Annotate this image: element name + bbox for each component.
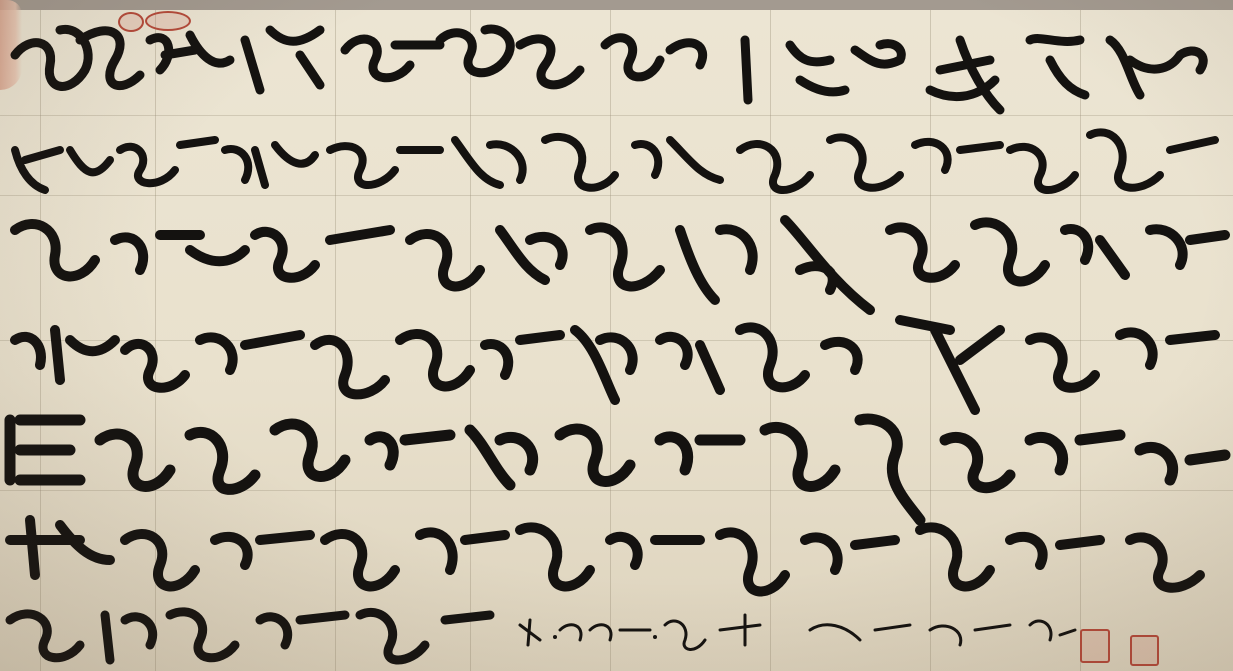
calligraphy-ink	[0, 0, 1233, 671]
top-left-round-seal	[118, 12, 144, 32]
top-left-oval-seal	[145, 11, 191, 31]
bottom-right-square-seal-2	[1130, 635, 1159, 666]
bottom-right-square-seal-1	[1080, 629, 1110, 663]
calligraphy-photo	[0, 0, 1233, 671]
